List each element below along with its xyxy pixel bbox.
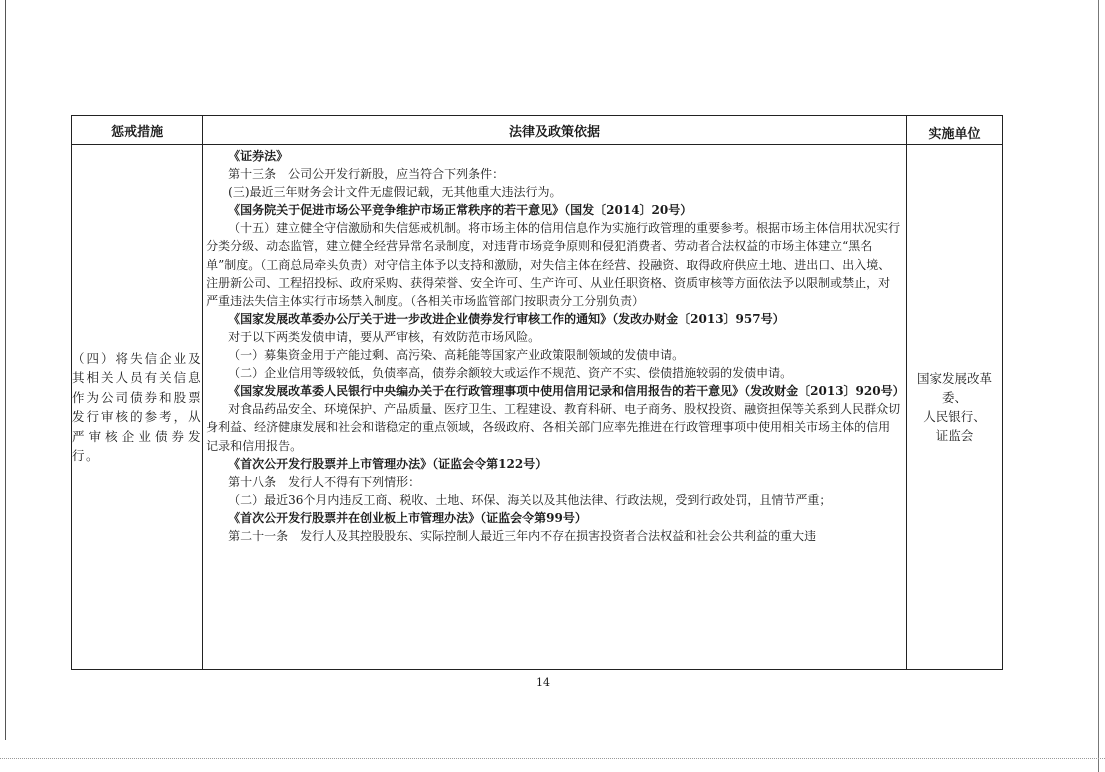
unit-line: 人民银行、: [907, 407, 1002, 426]
basis-paragraph: (三)最近三年财务会计文件无虚假记载，无其他重大违法行为。: [206, 183, 902, 201]
measure-cell: （四）将失信企业及其相关人员有关信息作为公司债券和股票发行审核的参考，从严审核企…: [72, 145, 203, 670]
basis-paragraph: 第十八条 发行人不得有下列情形：: [206, 473, 902, 491]
basis-paragraph: 第十三条 公司公开发行新股，应当符合下列条件：: [206, 165, 902, 183]
basis-paragraph: 对食品药品安全、环境保护、产品质量、医疗卫生、工程建设、教育科研、电子商务、股权…: [206, 400, 902, 454]
unit-line: 证监会: [907, 426, 1002, 445]
basis-paragraph: （二）企业信用等级较低，负债率高，债券余额较大或运作不规范、资产不实、偿债措施较…: [206, 364, 902, 382]
page-number: 14: [536, 676, 550, 689]
measures-table: 惩戒措施 法律及政策依据 实施单位 （四）将失信企业及其相关人员有关信息作为公司…: [71, 115, 1003, 670]
basis-law-title: 《证券法》: [206, 147, 902, 165]
basis-paragraph: 第二十一条 发行人及其控股股东、实际控制人最近三年内不存在损害投资者合法权益和社…: [206, 527, 902, 545]
header-unit: 实施单位: [906, 116, 1002, 145]
basis-law-title: 《国家发展改革委人民银行中央编办关于在行政管理事项中使用信用记录和信用报告的若干…: [206, 382, 902, 400]
scan-edge-left: [5, 0, 6, 740]
basis-paragraph: （一）募集资金用于产能过剩、高污染、高耗能等国家产业政策限制领域的发债申请。: [206, 346, 902, 364]
unit-line: 国家发展改革委、: [907, 369, 1002, 407]
basis-law-title: 《首次公开发行股票并在创业板上市管理办法》（证监会令第99号）: [206, 509, 902, 527]
table-row: （四）将失信企业及其相关人员有关信息作为公司债券和股票发行审核的参考，从严审核企…: [72, 145, 1003, 670]
header-measure: 惩戒措施: [72, 116, 203, 145]
basis-cell: 《证券法》 第十三条 公司公开发行新股，应当符合下列条件： (三)最近三年财务会…: [203, 145, 907, 670]
table-header-row: 惩戒措施 法律及政策依据 实施单位: [72, 116, 1003, 145]
basis-paragraph: （十五）建立健全守信激励和失信惩戒机制。将市场主体的信用信息作为实施行政管理的重…: [206, 219, 902, 309]
basis-paragraph: （二）最近36个月内违反工商、税收、土地、环保、海关以及其他法律、行政法规，受到…: [206, 491, 902, 509]
unit-cell: 国家发展改革委、 人民银行、 证监会: [906, 145, 1002, 670]
basis-law-title: 《首次公开发行股票并上市管理办法》（证监会令第122号）: [206, 455, 902, 473]
header-basis: 法律及政策依据: [203, 116, 907, 145]
basis-law-title: 《国家发展改革委办公厅关于进一步改进企业债券发行审核工作的通知》（发改办财金〔2…: [206, 310, 902, 328]
basis-paragraph: 对于以下两类发债申请，要从严审核，有效防范市场风险。: [206, 328, 902, 346]
scan-edge-bottom: [0, 758, 1105, 760]
scan-edge-right: [1098, 0, 1099, 772]
basis-law-title: 《国务院关于促进市场公平竞争维护市场正常秩序的若干意见》（国发〔2014〕20号…: [206, 201, 902, 219]
